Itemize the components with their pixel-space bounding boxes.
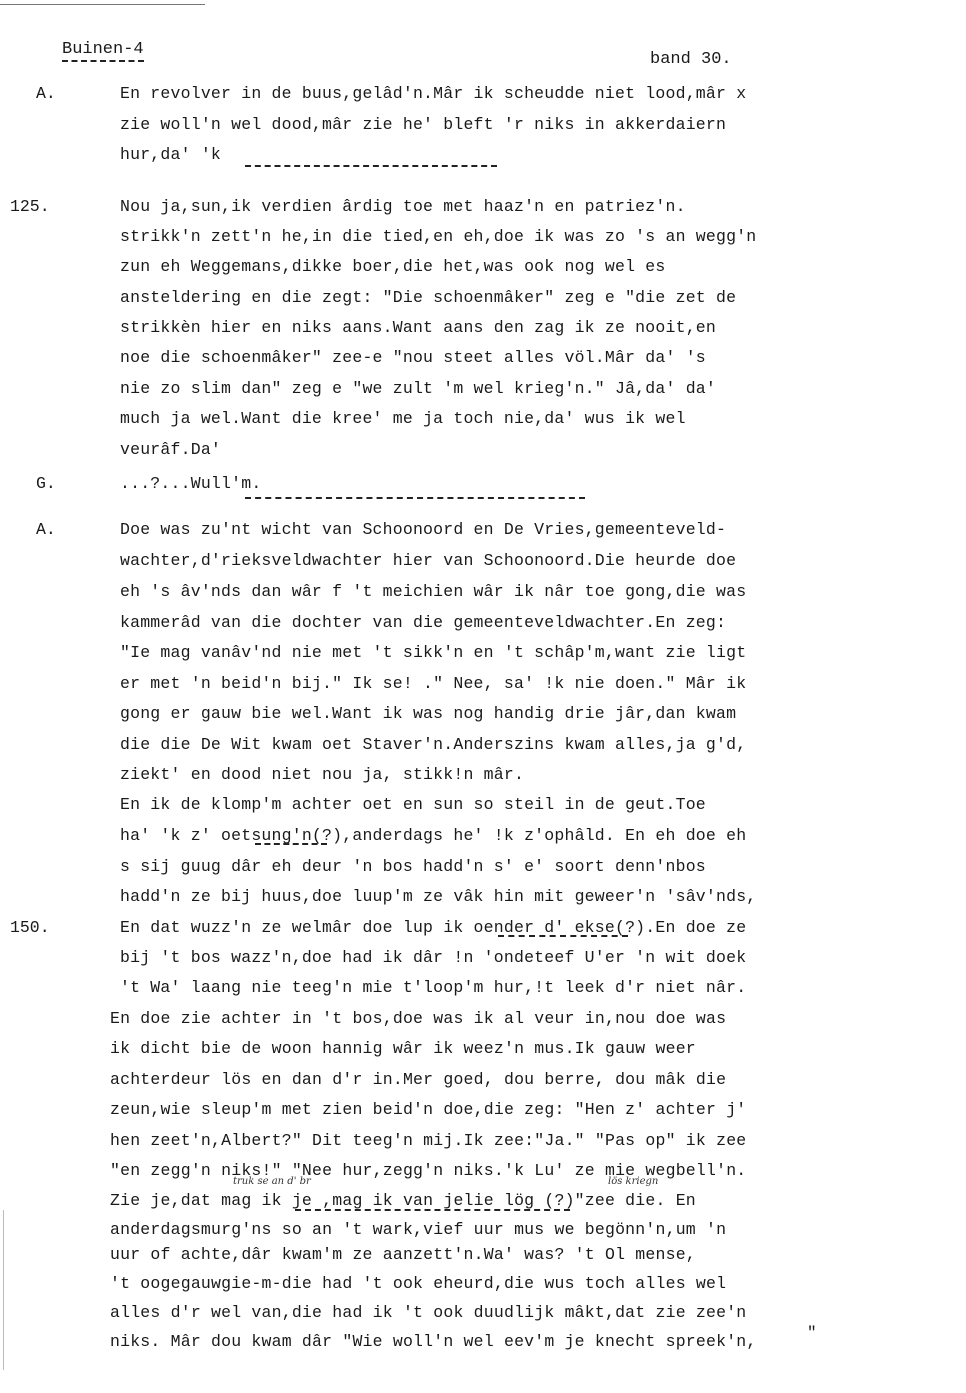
speaker-label: A. — [36, 520, 56, 539]
text-line: eh 's âv'nds dan wâr f 't meichien wâr i… — [120, 582, 746, 601]
text-line: niks. Mâr dou kwam dâr "Wie woll'n wel e… — [110, 1332, 757, 1351]
text-line: die die De Wit kwam oet Staver'n.Andersz… — [120, 735, 746, 754]
text-line: En revolver in de buus,gelâd'n.Mâr ik sc… — [120, 84, 746, 103]
text-line: veurâf.Da' — [120, 440, 221, 459]
text-line: alles d'r wel van,die had ik 't ook duud… — [110, 1303, 746, 1322]
handwritten-note: truk se an d' br — [233, 1176, 311, 1187]
text-line: En dat wuzz'n ze welmâr doe lup ik oende… — [120, 918, 746, 937]
text-line: wachter,d'rieksveldwachter hier van Scho… — [120, 551, 736, 570]
text-line: ik dicht bie de woon hannig wâr ik weez'… — [110, 1039, 696, 1058]
text-line: zeun,wie sleup'm met zien beid'n doe,die… — [110, 1100, 746, 1119]
text-line: ziekt' en dood niet nou ja, stikk!n mâr. — [120, 765, 524, 784]
text-line: 't Wa' laang nie teeg'n mie t'loop'm hur… — [120, 978, 746, 997]
text-line: ...?...Wull'm. — [120, 474, 261, 493]
text-line: achterdeur lös en dan d'r in.Mer goed, d… — [110, 1070, 726, 1089]
text-line: s sij guug dâr eh deur 'n bos hadd'n s' … — [120, 857, 706, 876]
uncertain-underline — [295, 1209, 570, 1211]
text-line: En ik de klomp'm achter oet en sun so st… — [120, 795, 706, 814]
text-line: hur,da' 'k — [120, 145, 221, 164]
text-line: anderdagsmurg'ns so an 't wark,vief uur … — [110, 1220, 726, 1239]
speaker-label: G. — [36, 474, 56, 493]
uncertain-underline — [498, 935, 628, 937]
text-line: Zie je,dat mag ik je ,mag ik van jelie l… — [110, 1191, 696, 1210]
uncertain-underline — [255, 843, 327, 845]
text-line: hadd'n ze bij huus,doe luup'm ze vâk hin… — [120, 887, 756, 906]
text-line: 't oogegauwgie-m-die had 't ook eheurd,d… — [110, 1274, 726, 1293]
text-line: ansteldering en die zegt: "Die schoenmâk… — [120, 288, 736, 307]
text-line: ha' 'k z' oetsung'n(?),anderdags he' !k … — [120, 826, 746, 845]
line-number: 125. — [10, 197, 50, 216]
text-line: "Ie mag vanâv'nd nie met 't sikk'n en 't… — [120, 643, 746, 662]
text-line: zie woll'n wel dood,mâr zie he' bleft 'r… — [120, 115, 726, 134]
band-label: band 30. — [650, 50, 732, 69]
text-line: kammerâd van die dochter van die gemeent… — [120, 613, 726, 632]
text-line: gong er gauw bie wel.Want ik was nog han… — [120, 704, 736, 723]
speaker-label: A. — [36, 84, 56, 103]
top-rule — [0, 4, 205, 5]
dashed-separator — [245, 165, 497, 167]
text-line: bij 't bos wazz'n,doe had ik dâr !n 'ond… — [120, 948, 746, 967]
text-line: strikk'n zett'n he,in die tied,en eh,doe… — [120, 227, 756, 246]
text-line: En doe zie achter in 't bos,doe was ik a… — [110, 1009, 726, 1028]
text-line: hen zeet'n,Albert?" Dit teeg'n mij.Ik ze… — [110, 1131, 746, 1150]
text-line: nie zo slim dan" zeg e "we zult 'm wel k… — [120, 379, 716, 398]
text-line: uur of achte,dâr kwam'm ze aanzett'n.Wa'… — [110, 1245, 696, 1264]
text-line: noe die schoenmâker" zee-e "nou steet al… — [120, 348, 706, 367]
text-line: much ja wel.Want die kree' me ja toch ni… — [120, 409, 686, 428]
handwritten-note: lös kriegn — [608, 1176, 658, 1187]
text-line: strikkèn hier en niks aans.Want aans den… — [120, 318, 716, 337]
margin-line — [3, 1210, 4, 1370]
document-title: Buinen-4 — [62, 40, 144, 59]
text-line: er met 'n beid'n bij." Ik se! ." Nee, sa… — [120, 674, 746, 693]
text-line: Doe was zu'nt wicht van Schoonoord en De… — [120, 520, 726, 539]
dashed-separator — [245, 497, 585, 499]
closing-quote-mark: " — [807, 1324, 817, 1342]
text-line: zun eh Weggemans,dikke boer,die het,was … — [120, 257, 666, 276]
text-line: Nou ja,sun,ik verdien ârdig toe met haaz… — [120, 197, 686, 216]
line-number: 150. — [10, 918, 50, 937]
